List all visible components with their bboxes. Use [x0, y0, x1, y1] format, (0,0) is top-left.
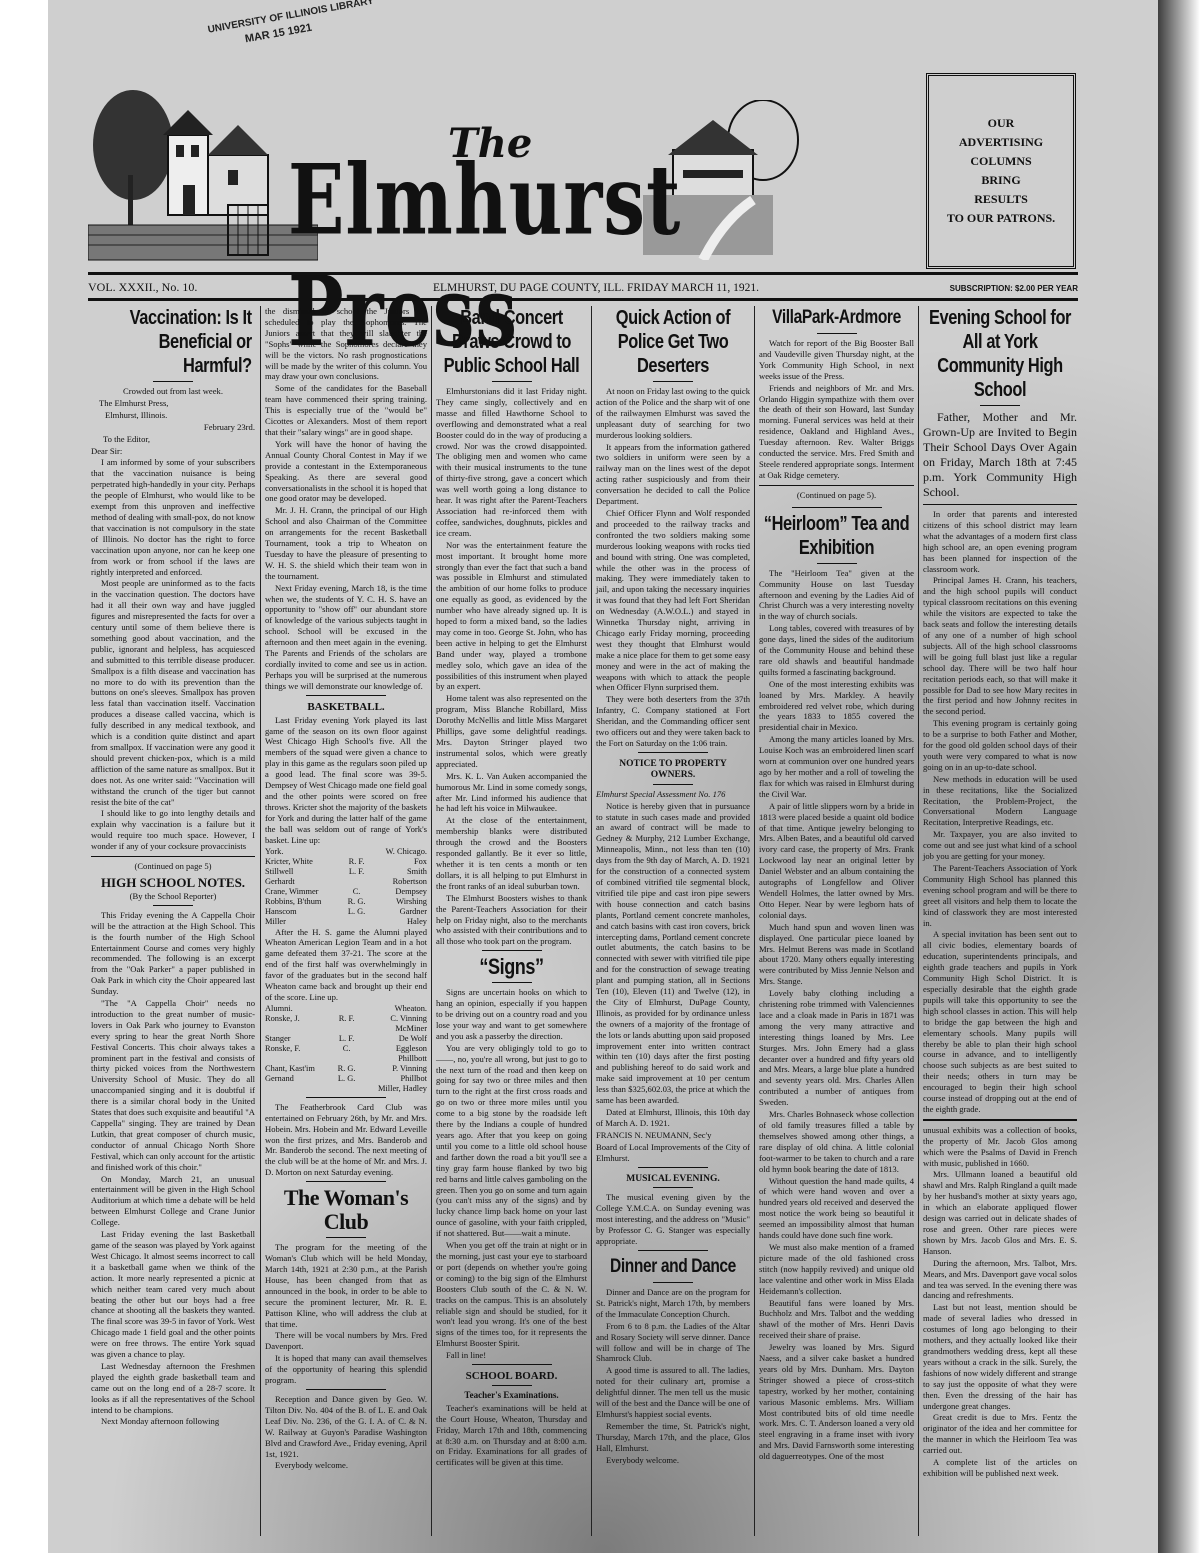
lineup-cell: L. G.: [334, 1074, 359, 1084]
paragraph: Notice is hereby given that in pursuance…: [596, 801, 750, 1106]
lineup-cell: Crane, Wimmer: [265, 887, 344, 897]
column-2: the dismissal of school the Juniors are …: [262, 306, 430, 1546]
lineup-cell: [334, 1054, 359, 1064]
lineup-cell: [265, 1084, 334, 1094]
lineup-cell: L. G.: [344, 907, 369, 917]
divider: [653, 381, 693, 382]
lineup-cell: Stanger: [265, 1034, 334, 1044]
lineup-row: HanscomL. G.Gardner: [265, 907, 427, 917]
lineup-cell: P. Vinning: [359, 1064, 427, 1074]
lineup-cell: Robbins, B'thum: [265, 897, 344, 907]
headline-musical-evening: MUSICAL EVENING.: [596, 1174, 750, 1185]
lineup-cell: York.: [265, 847, 344, 857]
paragraph: At noon on Friday last owing to the quic…: [596, 386, 750, 441]
lineup-row: Ronske, F.C.Eggleson: [265, 1044, 427, 1054]
lineup-cell: Dempsey: [369, 887, 427, 897]
paragraph: When you get off the train at night or i…: [436, 1240, 587, 1349]
column-divider: [918, 306, 919, 1536]
lineup-row: Ronske, J.R. F.C. Vinning: [265, 1014, 427, 1024]
headline-villa-park-ardmore: VillaPark-Ardmore: [761, 306, 911, 330]
paragraph: Teacher's examinations will be held at t…: [436, 1403, 587, 1468]
lineup-cell: [265, 1054, 334, 1064]
column-divider: [591, 306, 592, 1536]
paragraph: On Monday, March 21, an unusual entertai…: [91, 1174, 255, 1229]
letter-head: The Elmhurst Press,: [91, 398, 255, 409]
paragraph: A special invitation has been sent out t…: [923, 929, 1077, 1114]
divider: [638, 1167, 708, 1168]
dateline-rule: [88, 298, 1078, 301]
lineup-cell: McMiner: [359, 1024, 427, 1034]
paragraph: Much hand spun and woven linen was displ…: [759, 922, 914, 987]
newspaper-page: UNIVERSITY OF ILLINOIS LIBRARY MAR 15 19…: [48, 0, 1158, 1553]
lineup-cell: R. F.: [344, 857, 369, 867]
paragraph: Without question the hand made quilts, 4…: [759, 1176, 914, 1241]
salutation: To the Editor,: [91, 434, 255, 445]
paragraph: We must also make mention of a framed pi…: [759, 1242, 914, 1297]
lineup-cell: Ronske, F.: [265, 1044, 334, 1054]
lineup-cell: [265, 1024, 334, 1034]
lineup-cell: R. G.: [334, 1064, 359, 1074]
volume-number: VOL. XXXII., No. 10.: [88, 280, 197, 295]
headline-high-school-notes: HIGH SCHOOL NOTES.: [91, 878, 255, 889]
paragraph: New methods in education will be used in…: [923, 774, 1077, 829]
paragraph: After the H. S. game the Alumni played W…: [265, 927, 427, 1003]
paragraph: Watch for report of the Big Booster Ball…: [759, 338, 914, 382]
paragraph: This Friday evening the A Cappella Choir…: [91, 910, 255, 997]
paragraph: Dinner and Dance are on the program for …: [596, 1287, 750, 1320]
divider: [492, 982, 532, 983]
subhead-teachers-examinations: Teacher's Examinations.: [436, 1390, 587, 1401]
divider: [817, 563, 857, 564]
lineup-row: GerhardtRobertson: [265, 877, 427, 887]
byline: (By the School Reporter): [91, 891, 255, 902]
lineup-cell: Eggleson: [359, 1044, 427, 1054]
paragraph: unusual exhibits was a collection of boo…: [923, 1125, 1077, 1169]
column-6: Evening School for All at York Community…: [920, 306, 1080, 1546]
lineup-cell: Alumni.: [265, 1004, 334, 1014]
column-5: VillaPark-Ardmore Watch for report of th…: [756, 306, 917, 1546]
lineup-cell: W. Chicago.: [369, 847, 427, 857]
paragraph: A pair of little slippers worn by a brid…: [759, 801, 914, 921]
divider: [326, 1237, 366, 1238]
lineup-row: GernandL. G.Phillbot: [265, 1074, 427, 1084]
divider: [306, 1389, 386, 1390]
paragraph: During the afternoon, Mrs. Talbot, Mrs. …: [923, 1258, 1077, 1302]
divider: [817, 333, 857, 334]
paragraph: Last but not least, mention should be ma…: [923, 1302, 1077, 1411]
subscription-price: SUBSCRIPTION: $2.00 PER YEAR: [950, 284, 1078, 293]
paragraph: York will have the honor of having the A…: [265, 439, 427, 504]
paragraph: The Parent-Teachers Association of York …: [923, 863, 1077, 928]
paragraph: The "Heirloom Tea" given at the Communit…: [759, 568, 914, 623]
column-divider: [431, 306, 432, 1536]
lineup-cell: C.: [334, 1044, 359, 1054]
divider: [153, 381, 193, 382]
paragraph: I am informed by some of your subscriber…: [91, 457, 255, 577]
lineup-cell: Miller, Hadley: [359, 1084, 427, 1094]
ad-line: ADVERTISING: [929, 133, 1073, 152]
paragraph: Remember the time, St. Patrick's night, …: [596, 1421, 750, 1454]
paragraph: Chief Officer Flynn and Wolf responded a…: [596, 508, 750, 693]
advertising-box: OUR ADVERTISING COLUMNS BRING RESULTS TO…: [926, 73, 1076, 269]
paragraph: Last Friday evening the last Basketball …: [91, 1229, 255, 1360]
paragraph: Mrs. Charles Bohnaseck whose collection …: [759, 1109, 914, 1174]
divider: [306, 1181, 386, 1182]
divider: [482, 950, 542, 951]
paragraph: Nor was the entertainment feature the mo…: [436, 540, 587, 693]
paragraph: Home talent was also represented on the …: [436, 693, 587, 769]
lineup-cell: [334, 1084, 359, 1094]
paragraph: Elmhurstonians did it last Friday night.…: [436, 386, 587, 539]
lineup-cell: R. G.: [344, 897, 369, 907]
paragraph: It appears from the information gathered…: [596, 442, 750, 507]
lineup-row: Kricter, WhiteR. F.Fox: [265, 857, 427, 867]
lineup-cell: Gernand: [265, 1074, 334, 1084]
lineup-row: Chant, Kast'imR. G.P. Vinning: [265, 1064, 427, 1074]
headline-quick-action-police: Quick Action of Police Get Two Deserters: [598, 306, 747, 378]
paragraph: The musical evening given by the College…: [596, 1192, 750, 1247]
paragraph: This evening program is certainly going …: [923, 718, 1077, 773]
lineup-cell: De Wolf: [359, 1034, 427, 1044]
headline-notice-property-owners: NOTICE TO PROPERTY OWNERS.: [596, 759, 750, 781]
lineup-cell: Ronske, J.: [265, 1014, 334, 1024]
paragraph: Most people are uninformed as to the fac…: [91, 578, 255, 807]
notice-signoff: FRANCIS N. NEUMANN, Sec'y: [596, 1130, 750, 1141]
lineup-table-york: York.W. Chicago.Kricter, WhiteR. F.FoxSt…: [265, 847, 427, 927]
paragraph: Everybody welcome.: [596, 1455, 750, 1466]
lineup-cell: C. Vinning: [359, 1014, 427, 1024]
lineup-row: McMiner: [265, 1024, 427, 1034]
ad-line: BRING: [929, 171, 1073, 190]
divider: [153, 905, 193, 906]
lineup-cell: Miller: [265, 917, 344, 927]
subheadline: Father, Mother and Mr. Grown-Up are Invi…: [923, 410, 1077, 500]
scan-shadow: [1152, 0, 1200, 1553]
paragraph: A good time is assured to all. The ladie…: [596, 1365, 750, 1420]
lineup-row: MillerHaley: [265, 917, 427, 927]
paragraph: Everybody welcome.: [265, 1460, 427, 1471]
letter-head: Crowded out from last week.: [91, 386, 255, 397]
lineup-cell: Phillbot: [359, 1074, 427, 1084]
lineup-cell: Phillbott: [359, 1054, 427, 1064]
column-1: Vaccination: Is It Beneficial or Harmful…: [88, 306, 258, 1546]
paragraph: Reception and Dance given by Geo. W. Til…: [265, 1394, 427, 1459]
headline-womans-club: The Woman's Club: [265, 1186, 427, 1234]
divider: [472, 1364, 552, 1365]
paragraph: Friends and neighbors of Mr. and Mrs. Or…: [759, 383, 914, 481]
paragraph: The Elmhurst Boosters wishes to thank th…: [436, 893, 587, 948]
paragraph: Mr. Taxpayer, you are also invited to co…: [923, 829, 1077, 862]
notice-signoff: Dated at Elmhurst, Illinois, this 10th d…: [596, 1107, 750, 1129]
paragraph: Jewelry was loaned by Mrs. Sigurd Naess,…: [759, 1342, 914, 1462]
lineup-cell: [344, 877, 369, 887]
divider: [306, 695, 386, 696]
divider: [792, 507, 882, 508]
lineup-cell: [334, 1004, 359, 1014]
divider: [638, 752, 708, 753]
letter-head: Elmhurst, Illinois.: [91, 410, 255, 421]
ad-line: COLUMNS: [929, 152, 1073, 171]
paragraph: A complete list of the articles on exhib…: [923, 1457, 1077, 1479]
library-stamp: UNIVERSITY OF ILLINOIS LIBRARY MAR 15 19…: [207, 0, 377, 51]
notice-subtitle: Elmhurst Special Assessment No. 176: [596, 789, 750, 800]
paragraph: "The "A Cappella Choir" needs no introdu…: [91, 998, 255, 1173]
headline-vaccination: Vaccination: Is It Beneficial or Harmful…: [94, 306, 251, 378]
column-divider: [260, 306, 261, 1536]
lineup-cell: Chant, Kast'im: [265, 1064, 334, 1074]
lineup-cell: [344, 917, 369, 927]
divider: [923, 1119, 1077, 1121]
headline-band-concert: Band Concert Draws Crowd to Public Schoo…: [438, 306, 585, 378]
lineup-cell: Wheaton.: [359, 1004, 427, 1014]
paragraph: The Featherbrook Card Club was entertain…: [265, 1102, 427, 1178]
paragraph: Fall in line!: [436, 1350, 587, 1361]
divider: [653, 1187, 693, 1188]
paragraph: It is hoped that many can avail themselv…: [265, 1353, 427, 1386]
headline-dinner-and-dance: Dinner and Dance: [598, 1255, 747, 1279]
paragraph: The program for the meeting of the Woman…: [265, 1242, 427, 1329]
column-3: Band Concert Draws Crowd to Public Schoo…: [433, 306, 590, 1546]
lineup-cell: Hanscom: [265, 907, 344, 917]
headline-evening-school: Evening School for All at York Community…: [925, 306, 1074, 402]
paragraph: Principal James H. Crann, his teachers, …: [923, 575, 1077, 717]
divider: [91, 856, 255, 857]
divider: [653, 784, 693, 785]
lineup-cell: [344, 847, 369, 857]
paragraph: There will be vocal numbers by Mrs. Fred…: [265, 1330, 427, 1352]
lineup-row: StillwellL. F.Smith: [265, 867, 427, 877]
paragraph: From 6 to 8 p.m. the Ladies of the Altar…: [596, 1321, 750, 1365]
lineup-row: Robbins, B'thumR. G.Wirshing: [265, 897, 427, 907]
continued-note: (Continued on page 5).: [759, 490, 914, 501]
divider: [980, 405, 1020, 406]
lineup-cell: Stillwell: [265, 867, 344, 877]
lineup-header-row: Alumni.Wheaton.: [265, 1004, 427, 1014]
divider: [492, 381, 532, 382]
lineup-cell: Robertson: [369, 877, 427, 887]
paragraph: Last Wednesday afternoon the Freshmen pl…: [91, 1361, 255, 1416]
lineup-row: Miller, Hadley: [265, 1084, 427, 1094]
lineup-row: Crane, WimmerC.Dempsey: [265, 887, 427, 897]
lineup-cell: [334, 1024, 359, 1034]
lineup-cell: R. F.: [334, 1014, 359, 1024]
lineup-row: StangerL. F.De Wolf: [265, 1034, 427, 1044]
lineup-cell: L. F.: [344, 867, 369, 877]
headline-signs: “Signs”: [438, 955, 585, 979]
divider: [638, 1250, 708, 1251]
continued-note: (Continued on page 5): [91, 861, 255, 872]
masthead-house-illustration-icon: [88, 85, 318, 265]
paragraph: Next Monday afternoon following: [91, 1416, 255, 1427]
paragraph: Signs are uncertain hooks on which to ha…: [436, 987, 587, 1042]
paragraph: I should like to go into lengthy details…: [91, 808, 255, 852]
divider: [923, 504, 1077, 505]
paragraph: Great credit is due to Mrs. Fentz the or…: [923, 1412, 1077, 1456]
lineup-cell: Kricter, White: [265, 857, 344, 867]
column-divider: [754, 306, 755, 1536]
paragraph: Lovely baby clothing including a christe…: [759, 988, 914, 1108]
paragraph: One of the most interesting exhibits was…: [759, 679, 914, 734]
lineup-cell: Haley: [369, 917, 427, 927]
lineup-row: Phillbott: [265, 1054, 427, 1064]
headline-school-board: SCHOOL BOARD.: [436, 1371, 587, 1382]
lineup-cell: L. F.: [334, 1034, 359, 1044]
divider: [492, 1385, 532, 1386]
notice-signoff: Board of Local Improvements of the City …: [596, 1142, 750, 1164]
paragraph: Mr. J. H. Crann, the principal of our Hi…: [265, 505, 427, 581]
letter-date: February 23rd.: [91, 422, 255, 433]
lineup-cell: Gerhardt: [265, 877, 344, 887]
divider: [306, 1097, 386, 1098]
paragraph: Next Friday evening, March 18, is the ti…: [265, 583, 427, 692]
paragraph: You are very obligingly told to go to——,…: [436, 1043, 587, 1239]
paragraph: At the close of the entertainment, membe…: [436, 815, 587, 891]
ad-line: TO OUR PATRONS.: [929, 209, 1073, 228]
scan-margin: [0, 0, 48, 1553]
lineup-cell: Wirshing: [369, 897, 427, 907]
lineup-cell: Gardner: [369, 907, 427, 917]
ad-line: RESULTS: [929, 190, 1073, 209]
paragraph: They were both deserters from the 37th I…: [596, 694, 750, 749]
lineup-cell: Fox: [369, 857, 427, 867]
headline-heirloom-tea: “Heirloom” Tea and Exhibition: [761, 512, 911, 560]
lineup-header-row: York.W. Chicago.: [265, 847, 427, 857]
paragraph: Among the many articles loaned by Mrs. L…: [759, 734, 914, 799]
lineup-cell: C.: [344, 887, 369, 897]
headline-basketball: BASKETBALL.: [265, 702, 427, 713]
masthead-rule: [88, 272, 1078, 275]
paragraph: Long tables, covered with treasures of b…: [759, 623, 914, 678]
salutation: Dear Sir:: [91, 446, 255, 457]
divider: [759, 485, 914, 486]
paragraph: the dismissal of school the Juniors are …: [265, 306, 427, 382]
place-and-date: ELMHURST, DU PAGE COUNTY, ILL. FRIDAY MA…: [433, 282, 759, 294]
lineup-cell: Smith: [369, 867, 427, 877]
dateline: VOL. XXXII., No. 10. ELMHURST, DU PAGE C…: [88, 280, 1078, 296]
paragraph: Last Friday evening York played its last…: [265, 715, 427, 846]
divider: [653, 1282, 693, 1283]
paragraph: Some of the candidates for the Baseball …: [265, 383, 427, 438]
paragraph: Beautiful fans were loaned by Mrs. Buchh…: [759, 1298, 914, 1342]
ad-line: OUR: [929, 114, 1073, 133]
lineup-table-alumni: Alumni.Wheaton.Ronske, J.R. F.C. Vinning…: [265, 1004, 427, 1094]
paragraph: Mrs. Ullmann loaned a beautiful old shaw…: [923, 1169, 1077, 1256]
masthead: The Elmhurst Press: [88, 65, 808, 270]
paragraph: Mrs. K. L. Van Auken accompanied the hum…: [436, 771, 587, 815]
paragraph: In order that parents and interested cit…: [923, 509, 1077, 574]
column-4: Quick Action of Police Get Two Deserters…: [593, 306, 753, 1546]
